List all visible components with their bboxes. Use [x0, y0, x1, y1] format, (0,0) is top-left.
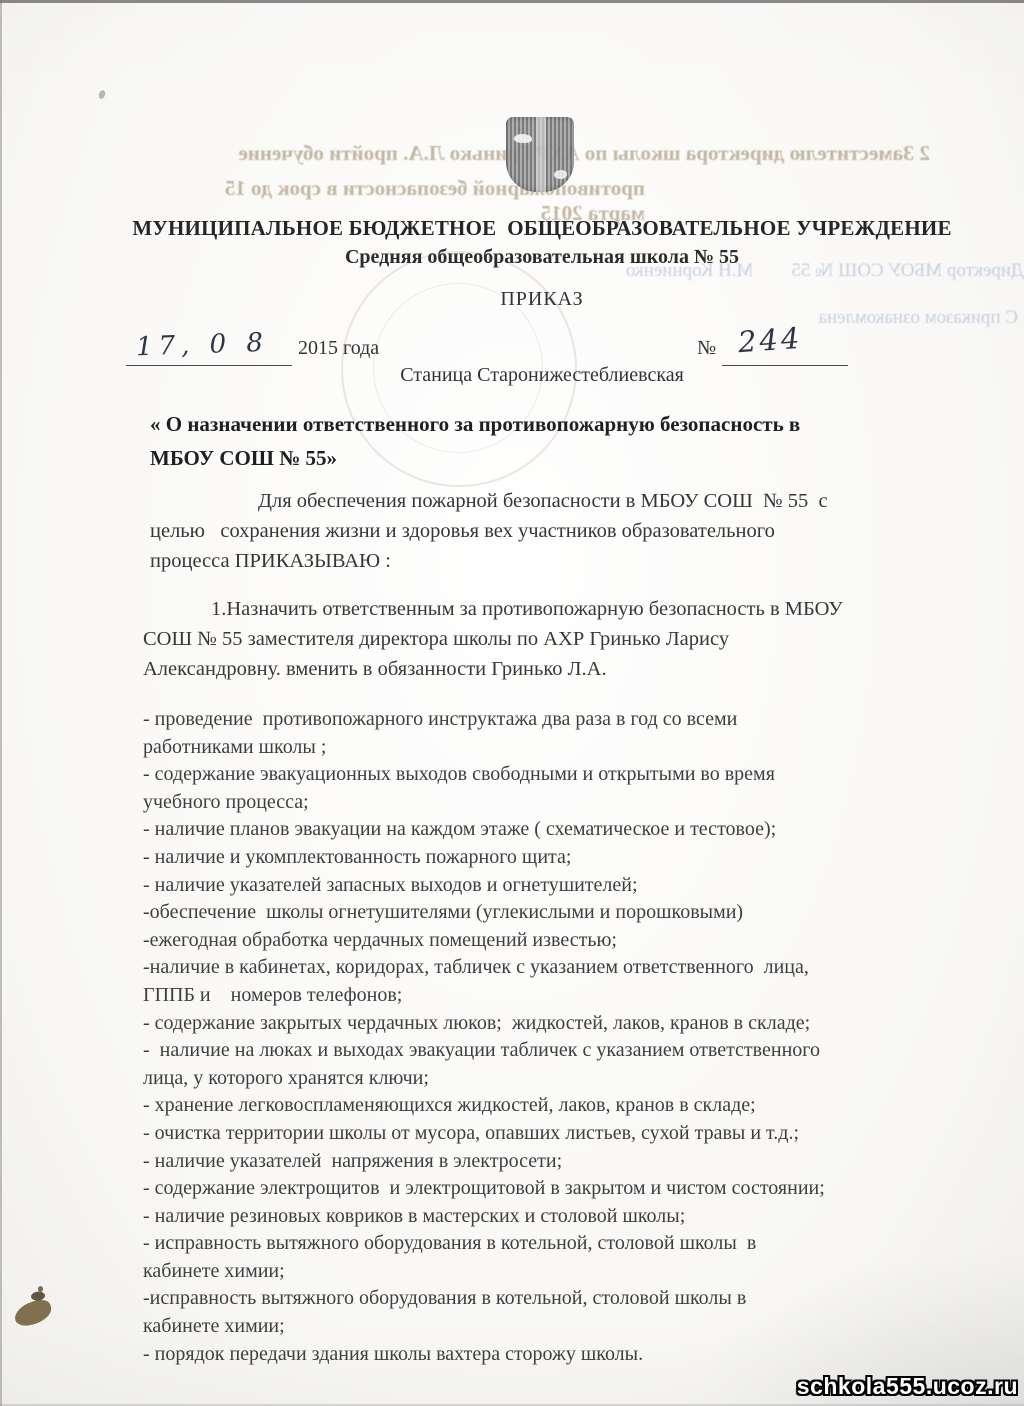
org-name-line1: МУНИЦИПАЛЬНОЕ БЮДЖЕТНОЕ ОБЩЕОБРАЗОВАТЕЛЬ…: [60, 216, 1024, 241]
duty-item: - наличие резиновых ковриков в мастерски…: [143, 1203, 973, 1231]
order-title: « О назначении ответственного за противо…: [150, 407, 950, 475]
duty-item: - наличие указателей напряжения в электр…: [143, 1148, 973, 1176]
duty-item: - содержание электрощитов и электрощитов…: [143, 1175, 973, 1203]
handwritten-date: 17, 0 8: [136, 328, 270, 363]
printed-year: 2015 года: [298, 337, 379, 360]
duty-item: - исправность вытяжного оборудования в к…: [143, 1230, 973, 1285]
duties-list: - проведение противопожарного инструктаж…: [143, 706, 973, 1368]
duty-item: -обеспечение школы огнетушителями (углек…: [143, 899, 973, 927]
district-coat-of-arms-icon: [506, 117, 574, 192]
number-label: №: [697, 337, 716, 360]
duty-item: - наличие указателей запасных выходов и …: [143, 872, 973, 900]
org-name-line2: Средняя общеобразовательная школа № 55: [60, 246, 1024, 269]
shield-figure: [514, 134, 532, 143]
scanned-document-page: 2 Заместителю директора школы по АХР Гри…: [0, 0, 1024, 1406]
shield-figure: [554, 170, 568, 178]
scan-speck: [98, 89, 107, 100]
duty-item: - наличие и укомплектованность пожарного…: [143, 844, 973, 872]
shield-band: [536, 117, 546, 192]
duty-item: - содержание закрытых чердачных люков; ж…: [143, 1010, 973, 1038]
duty-item: - наличие на люках и выходах эвакуации т…: [143, 1037, 973, 1092]
preamble-paragraph: Для обеспечения пожарной безопасности в …: [150, 486, 940, 576]
scan-edge-top: [0, 0, 1024, 3]
document-type-heading: ПРИКАЗ: [60, 288, 1024, 311]
order-item-1: 1.Назначить ответственным за противопожа…: [143, 594, 943, 684]
duty-item: - проведение противопожарного инструктаж…: [143, 706, 973, 761]
ink-dot-mark: [38, 1286, 43, 1292]
handwritten-order-number: 244: [737, 321, 804, 359]
duty-item: - содержание эвакуационных выходов свобо…: [143, 761, 973, 816]
duty-item: -наличие в кабинетах, коридорах, табличе…: [143, 954, 973, 1009]
duty-item: - наличие планов эвакуации на каждом эта…: [143, 816, 973, 844]
duty-item: - порядок передачи здания школы вахтера …: [143, 1341, 973, 1369]
duty-item: -исправность вытяжного оборудования в ко…: [143, 1285, 973, 1340]
place-line: Станица Старонижестеблиевская: [60, 364, 1024, 387]
duty-item: - хранение легковоспламеняющихся жидкост…: [143, 1092, 973, 1120]
ink-smudge-mark: [12, 1297, 55, 1330]
duty-item: - очистка территории школы от мусора, оп…: [143, 1120, 973, 1148]
duty-item: -ежегодная обработка чердачных помещений…: [143, 927, 973, 955]
site-watermark: schkola555.ucoz.ru: [797, 1373, 1018, 1400]
scan-edge-left: [0, 0, 2, 1406]
